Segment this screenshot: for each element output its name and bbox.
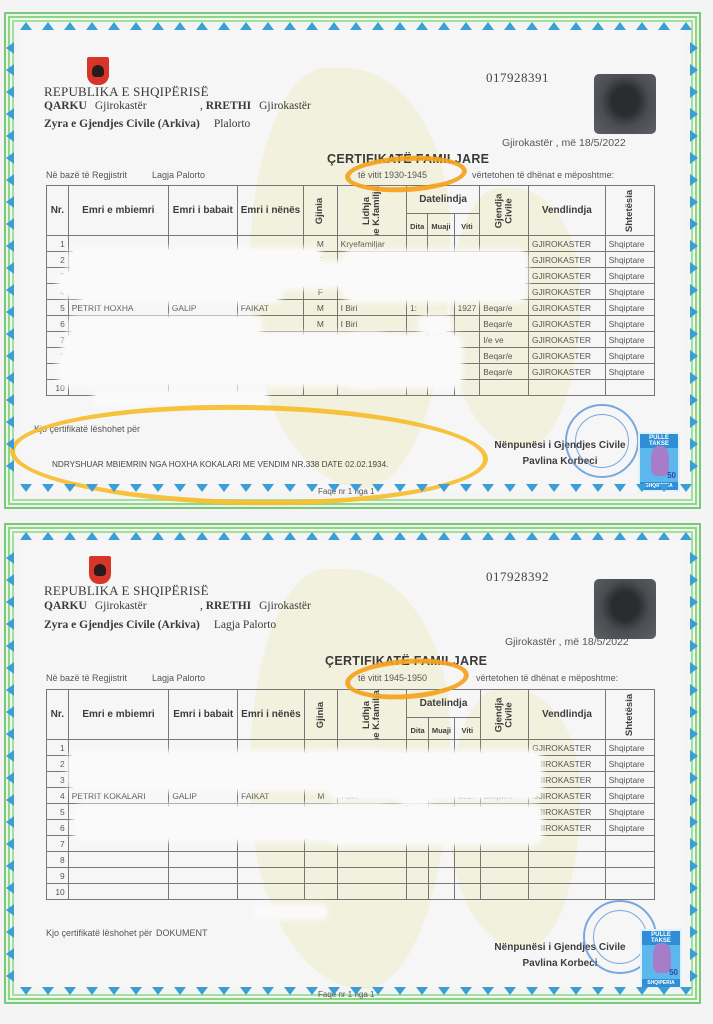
certify-text: vërtetohen të dhënat e mëposhtme: [476,673,618,683]
triangle-ornament-icon [6,174,14,186]
cell-birthplace: GJIROKASTER [529,740,605,756]
triangle-ornament-icon [218,532,230,540]
cell-birthplace: GJIROKASTER [528,300,605,316]
triangle-ornament-icon [592,22,604,30]
triangle-ornament-icon [690,416,698,428]
rrethi-value: Gjirokastër [259,600,311,612]
triangle-ornament-icon [6,262,14,274]
triangle-ornament-icon [6,552,14,564]
office-archive: (Arkiva) [158,118,200,130]
triangle-ornament-icon [658,22,670,30]
triangle-ornament-icon [240,987,252,995]
redaction [350,336,460,386]
cell-civil [480,868,529,884]
cell-month [428,236,454,252]
triangle-ornament-icon [438,987,450,995]
triangle-ornament-icon [20,22,32,30]
triangle-ornament-icon [130,484,142,492]
cell-mother [238,868,304,884]
triangle-ornament-icon [690,618,698,630]
triangle-ornament-icon [614,484,626,492]
cell-father [169,852,238,868]
triangle-ornament-icon [42,22,54,30]
triangle-ornament-icon [394,987,406,995]
triangle-ornament-icon [438,532,450,540]
cell-birthplace [529,852,605,868]
triangle-ornament-icon [680,532,692,540]
cell-citizenship [605,852,654,868]
cell-birthplace: GJIROKASTER [528,268,605,284]
triangle-ornament-icon [570,987,582,995]
tax-stamp: PULLE TAKSE 50 SHQIPERIA [638,432,680,492]
register-value: Lagja Palorto [152,170,205,180]
cell-birthplace: GJIROKASTER [528,284,605,300]
triangle-ornament-icon [350,22,362,30]
cell-birthplace: GJIROKASTER [528,252,605,268]
triangle-ornament-icon [6,706,14,718]
triangle-ornament-icon [6,306,14,318]
triangle-ornament-icon [690,130,698,142]
triangle-ornament-icon [6,662,14,674]
cell-gender [304,868,337,884]
triangle-ornament-icon [482,987,494,995]
triangle-ornament-icon [6,130,14,142]
triangle-ornament-icon [614,987,626,995]
cell-nr: 3 [47,772,69,788]
redaction [330,753,540,797]
place-date: Gjirokastër , më 18/5/2022 [502,137,626,149]
triangle-ornament-icon [306,532,318,540]
triangle-ornament-icon [526,532,538,540]
triangle-ornament-icon [690,882,698,894]
triangle-ornament-icon [6,218,14,230]
tax-stamp-value: 50 [667,471,676,480]
triangle-ornament-icon [690,904,698,916]
cell-nr: 6 [47,820,69,836]
triangle-ornament-icon [6,196,14,208]
triangle-ornament-icon [6,904,14,916]
register-label: Në bazë të Regjistrit [46,673,127,683]
triangle-ornament-icon [64,22,76,30]
triangle-ornament-icon [86,987,98,995]
triangle-ornament-icon [262,987,274,995]
cell-birthplace [529,868,605,884]
cell-civil [480,380,529,396]
triangle-ornament-icon [438,484,450,492]
col-header-citizenship: Shtetësia [605,690,654,740]
triangle-ornament-icon [636,22,648,30]
cell-nr: 10 [47,884,69,900]
cell-civil [480,236,529,252]
triangle-ornament-icon [372,484,384,492]
triangle-ornament-icon [6,882,14,894]
triangle-ornament-icon [130,532,142,540]
triangle-ornament-icon [42,484,54,492]
triangle-ornament-icon [284,532,296,540]
triangle-ornament-icon [174,22,186,30]
issued-for-label: Kjo çertifikatë lëshohet për [46,928,152,938]
triangle-ornament-icon [196,987,208,995]
rrethi-value: Gjirokastër [259,100,311,112]
triangle-ornament-icon [690,240,698,252]
col-header-day: Dita [407,718,428,740]
triangle-ornament-icon [570,484,582,492]
triangle-ornament-icon [6,860,14,872]
triangle-ornament-icon [460,532,472,540]
cell-citizenship: Shqiptare [605,348,654,364]
triangle-ornament-icon [174,987,186,995]
republic-label: REPUBLIKA E SHQIPËRISË [44,84,209,100]
col-header-name: Emri e mbiemri [68,186,168,236]
triangle-ornament-icon [680,987,692,995]
triangle-ornament-icon [6,438,14,450]
cell-day [407,884,428,900]
triangle-ornament-icon [690,328,698,340]
triangle-ornament-icon [6,728,14,740]
office-value: Lagja Palorto [214,619,276,631]
certificate-2: REPUBLIKA E SHQIPËRISË QARKUGjirokastër … [0,515,713,1024]
cell-citizenship: Shqiptare [605,820,654,836]
redaction [60,352,380,384]
cell-nr: 9 [47,868,69,884]
cell-citizenship: Shqiptare [605,740,654,756]
cell-citizenship: Shqiptare [605,284,654,300]
table-row: 5PETRIT HOXHAGALIPFAIKATMI Biri1:1927Beq… [47,300,655,316]
triangle-ornament-icon [690,662,698,674]
cell-nr: 2 [47,252,69,268]
register-label: Në bazë të Regjistrit [46,170,127,180]
office-archive: (Arkiva) [158,619,200,631]
triangle-ornament-icon [262,22,274,30]
redaction [345,252,525,300]
cell-name [68,868,169,884]
cell-citizenship: Shqiptare [605,268,654,284]
triangle-ornament-icon [20,987,32,995]
triangle-ornament-icon [690,772,698,784]
triangle-ornament-icon [6,794,14,806]
triangle-ornament-icon [690,262,698,274]
triangle-ornament-icon [152,484,164,492]
triangle-ornament-icon [240,484,252,492]
col-header-civil-status: GjendjaCivile [480,186,529,236]
qarku-label: QARKU [44,600,87,612]
triangle-ornament-icon [6,926,14,938]
cell-citizenship: Shqiptare [605,772,654,788]
triangle-ornament-icon [6,240,14,252]
cell-citizenship: Shqiptare [605,788,654,804]
triangle-ornament-icon [690,948,698,960]
triangle-ornament-icon [504,22,516,30]
triangle-ornament-icon [108,987,120,995]
triangle-ornament-icon [372,22,384,30]
serial-number: 017928391 [486,70,549,86]
office-line: Zyra e Gjendjes Civile (Arkiva)Lagja Pal… [44,619,276,631]
cell-birthplace [528,380,605,396]
cell-nr: 5 [47,804,69,820]
republic-label: REPUBLIKA E SHQIPËRISË [44,583,209,599]
triangle-ornament-icon [416,987,428,995]
col-header-nr: Nr. [47,690,69,740]
cell-year [455,852,481,868]
triangle-ornament-icon [6,328,14,340]
redaction [330,807,540,843]
triangle-ornament-icon [690,970,698,982]
cell-birthplace [529,836,605,852]
issued-for-value: DOKUMENT [156,928,208,938]
cell-civil: Beqar/e [480,316,529,332]
cell-name: PETRIT HOXHA [68,300,168,316]
cell-relation: I Biri [337,300,406,316]
triangle-ornament-icon [86,484,98,492]
cell-nr: 4 [47,788,69,804]
triangle-ornament-icon [240,22,252,30]
cell-birthplace: GJIROKASTER [529,820,605,836]
triangle-ornament-icon [526,22,538,30]
redaction [70,318,260,334]
triangle-ornament-icon [548,987,560,995]
table-row: 8 [47,852,655,868]
col-header-civil-status: GjendjaCivile [480,690,529,740]
cell-birthplace: GJIROKASTER [529,788,605,804]
office-line: Zyra e Gjendjes Civile (Arkiva)Plalorto [44,118,250,130]
redaction [80,285,280,301]
triangle-ornament-icon [690,108,698,120]
cell-month [428,300,454,316]
redaction [420,318,450,332]
cell-civil: Beqar/e [480,300,529,316]
triangle-ornament-icon [6,618,14,630]
cell-citizenship: Shqiptare [605,804,654,820]
col-header-mother: Emri i nënës [237,186,303,236]
triangle-ornament-icon [6,970,14,982]
triangle-ornament-icon [6,948,14,960]
cell-citizenship [605,380,654,396]
triangle-ornament-icon [636,484,648,492]
col-header-gender: Gjinia [304,690,337,740]
place-date: Gjirokastër , më 18/5/2022 [505,636,629,648]
page-number: Faqe nr 1 nga 1 [318,990,374,999]
triangle-ornament-icon [372,987,384,995]
cell-father [169,868,238,884]
cell-birthplace: GJIROKASTER [529,772,605,788]
triangle-ornament-icon [284,484,296,492]
triangle-ornament-icon [394,22,406,30]
cell-citizenship [605,884,654,900]
hologram-seal [594,74,656,134]
cell-civil: Beqar/e [480,348,529,364]
triangle-ornament-icon [328,484,340,492]
cell-relation: Kryefamiljar [337,236,406,252]
cell-citizenship: Shqiptare [605,756,654,772]
cell-citizenship: Shqiptare [605,332,654,348]
triangle-ornament-icon [64,484,76,492]
triangle-ornament-icon [690,684,698,696]
triangle-ornament-icon [690,816,698,828]
triangle-ornament-icon [680,22,692,30]
register-value: Lagja Palorto [152,673,205,683]
triangle-ornament-icon [6,750,14,762]
cell-gender [304,884,337,900]
office-label: Zyra e Gjendjes Civile [44,619,155,631]
triangle-ornament-icon [64,987,76,995]
triangle-ornament-icon [690,926,698,938]
cell-civil [480,852,529,868]
hologram-seal [594,579,656,639]
cell-name: PETRIT KOKALARI [68,788,169,804]
triangle-ornament-icon [690,394,698,406]
triangle-ornament-icon [438,22,450,30]
triangle-ornament-icon [350,484,362,492]
triangle-ornament-icon [6,86,14,98]
triangle-ornament-icon [526,484,538,492]
triangle-ornament-icon [690,794,698,806]
triangle-ornament-icon [262,532,274,540]
col-header-father: Emri i babait [168,186,237,236]
triangle-ornament-icon [690,728,698,740]
triangle-ornament-icon [6,394,14,406]
cell-month [428,884,454,900]
triangle-ornament-icon [174,484,186,492]
cell-nr: 1 [47,236,69,252]
cell-birthplace: GJIROKASTER [528,236,605,252]
triangle-ornament-icon [108,532,120,540]
triangle-ornament-icon [20,484,32,492]
triangle-ornament-icon [42,987,54,995]
office-label: Zyra e Gjendjes Civile [44,118,155,130]
triangle-ornament-icon [20,532,32,540]
cell-nr: 2 [47,756,69,772]
triangle-ornament-icon [372,532,384,540]
triangle-ornament-icon [614,532,626,540]
triangle-ornament-icon [690,152,698,164]
cell-year [454,236,480,252]
triangle-ornament-icon [690,640,698,652]
triangle-ornament-icon [636,987,648,995]
cell-day [407,852,428,868]
cell-birthplace: GJIROKASTER [529,756,605,772]
triangle-ornament-icon [690,350,698,362]
triangle-ornament-icon [130,987,142,995]
cell-civil: I/e ve [480,332,529,348]
triangle-ornament-icon [284,987,296,995]
albania-emblem-icon [89,556,111,584]
rrethi-label: RRETHI [206,100,251,112]
qarku-value: Gjirokastër [95,100,147,112]
triangle-ornament-icon [306,987,318,995]
triangle-ornament-icon [218,987,230,995]
cell-birthplace: GJIROKASTER [528,332,605,348]
cell-day [406,236,427,252]
cell-gender: M [304,316,337,332]
col-header-citizenship: Shtetësia [605,186,654,236]
qarku-value: Gjirokastër [95,600,147,612]
redaction [255,907,325,917]
triangle-ornament-icon [328,532,340,540]
cell-citizenship: Shqiptare [605,316,654,332]
cell-birthplace: GJIROKASTER [529,804,605,820]
triangle-ornament-icon [196,22,208,30]
cell-nr: 6 [47,316,69,332]
cell-relation: I Biri [337,316,406,332]
qarku-line: QARKUGjirokastër [44,100,147,112]
col-header-name: Emri e mbiemri [68,690,169,740]
cell-nr: 5 [47,300,69,316]
triangle-ornament-icon [690,218,698,230]
triangle-ornament-icon [6,108,14,120]
triangle-ornament-icon [416,484,428,492]
col-header-gender: Gjinia [304,186,337,236]
cell-citizenship [605,868,654,884]
col-header-birthplace: Vendlindja [529,690,605,740]
triangle-ornament-icon [690,860,698,872]
triangle-ornament-icon [306,484,318,492]
col-header-year: Viti [454,214,480,236]
office-value: Plalorto [214,118,250,130]
triangle-ornament-icon [6,574,14,586]
triangle-ornament-icon [6,372,14,384]
triangle-ornament-icon [482,532,494,540]
triangle-ornament-icon [680,484,692,492]
triangle-ornament-icon [240,532,252,540]
triangle-ornament-icon [690,460,698,472]
triangle-ornament-icon [6,460,14,472]
triangle-ornament-icon [262,484,274,492]
tax-stamp: PULLE TAKSE 50 SHQIPERIA [640,929,682,989]
triangle-ornament-icon [350,532,362,540]
triangle-ornament-icon [690,552,698,564]
col-header-birthplace: Vendlindja [528,186,605,236]
triangle-ornament-icon [86,22,98,30]
triangle-ornament-icon [416,532,428,540]
triangle-ornament-icon [6,350,14,362]
cell-father: GALIP [169,788,238,804]
redaction [400,783,430,803]
cell-birthplace: GJIROKASTER [528,364,605,380]
triangle-ornament-icon [548,484,560,492]
col-header-day: Dita [406,214,427,236]
triangle-ornament-icon [460,22,472,30]
cell-year [455,868,481,884]
cell-name [68,852,169,868]
cell-relation [338,852,407,868]
cell-day [407,868,428,884]
triangle-ornament-icon [6,684,14,696]
cell-day: 1: [406,300,427,316]
cell-birthplace: GJIROKASTER [528,316,605,332]
triangle-ornament-icon [350,987,362,995]
qarku-label: QARKU [44,100,87,112]
triangle-ornament-icon [6,596,14,608]
cell-relation [338,868,407,884]
cell-civil: Beqar/e [480,364,529,380]
triangle-ornament-icon [6,152,14,164]
triangle-ornament-icon [548,532,560,540]
triangle-ornament-icon [570,22,582,30]
triangle-ornament-icon [592,532,604,540]
triangle-ornament-icon [690,750,698,762]
certificate-1: REPUBLIKA E SHQIPËRISË QARKUGjirokastër … [0,0,713,515]
cell-month [428,868,454,884]
triangle-ornament-icon [482,484,494,492]
triangle-ornament-icon [174,532,186,540]
triangle-ornament-icon [416,22,428,30]
cell-year: 1927 [454,300,480,316]
triangle-ornament-icon [614,22,626,30]
triangle-ornament-icon [636,532,648,540]
triangle-ornament-icon [460,484,472,492]
triangle-ornament-icon [592,484,604,492]
cell-year [454,316,480,332]
